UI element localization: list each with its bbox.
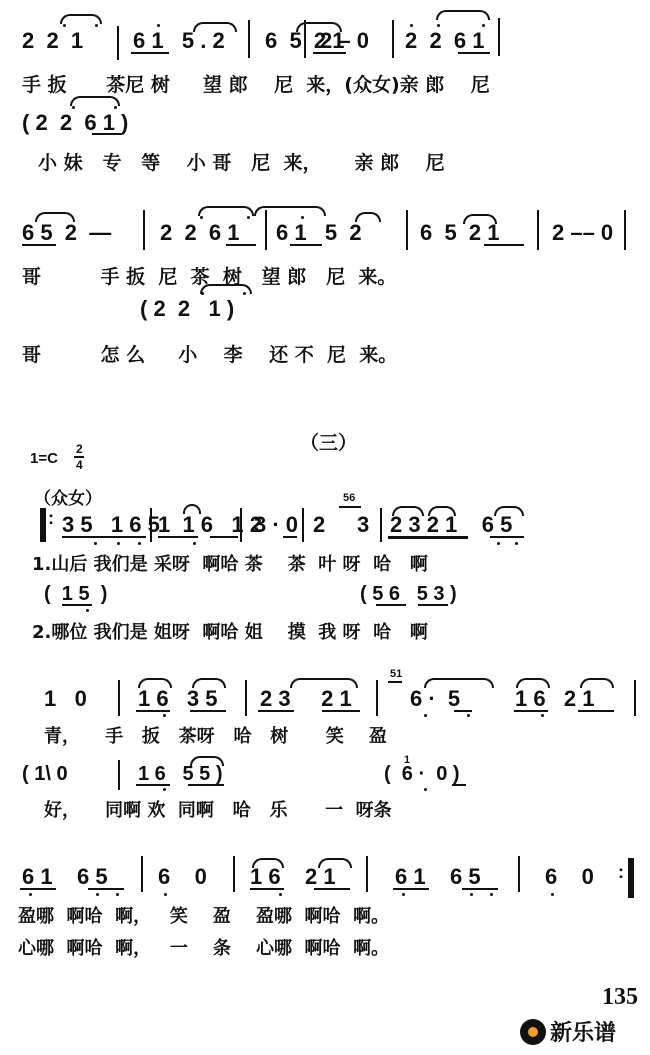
notes-m5: 1 6 2 1 (515, 686, 595, 712)
slur (200, 284, 252, 294)
repeat-dots: : (48, 508, 54, 529)
underline (462, 888, 498, 890)
notes-m4: 6 · 5 (410, 686, 460, 712)
slur (436, 10, 490, 20)
notes-m3: 6 1 5 2 (276, 220, 362, 246)
low-dot (29, 893, 32, 896)
underline (250, 888, 284, 890)
grace-underline (388, 681, 402, 683)
grace-underline (339, 506, 361, 508)
low-dot (138, 542, 141, 545)
high-dot (63, 24, 66, 27)
high-dot (301, 216, 304, 219)
underline (136, 710, 170, 712)
notes-m1: 3 5 1 6 5 (62, 512, 160, 538)
alt-notes-a: ( 1\ 0 (22, 763, 68, 786)
barline (624, 210, 626, 250)
underline (226, 244, 256, 246)
underline (393, 888, 429, 890)
time-sig-bottom: 4 (76, 458, 83, 472)
barline (376, 680, 378, 716)
barline (302, 508, 304, 542)
slur (60, 14, 102, 24)
repeat-dots: : (618, 862, 624, 883)
barline (498, 18, 500, 56)
slur (318, 858, 352, 868)
notes-m4: 2 – 0 (320, 28, 369, 54)
low-dot (551, 893, 554, 896)
slur (192, 678, 226, 688)
barline (118, 680, 120, 716)
slur (193, 22, 237, 32)
barline (634, 680, 636, 716)
low-dot (402, 893, 405, 896)
high-dot (157, 24, 160, 27)
vinyl-record-icon (520, 1019, 546, 1045)
slur (290, 678, 358, 688)
underline (22, 244, 56, 246)
barline (233, 856, 235, 892)
slur (463, 214, 497, 224)
lyrics-verse2: 心哪 啊哈 啊， 一 条 心哪 啊哈 啊。 (18, 934, 389, 960)
barline (141, 856, 143, 892)
underline (322, 710, 360, 712)
notes-m1: 6 5 2 — (22, 220, 111, 246)
underline (96, 536, 146, 538)
high-dot (72, 106, 75, 109)
section-title: （三） (300, 428, 357, 455)
underline (88, 888, 124, 890)
barline (537, 210, 539, 250)
underline (578, 710, 614, 712)
underline (283, 536, 297, 538)
slur (254, 206, 326, 216)
slur (392, 506, 424, 516)
lyrics-line: 哥 怎 么 小 李 还 不 尼 来。 (22, 340, 397, 367)
slur (494, 506, 524, 516)
alt-notes-b: 1 6 5 5 ) (138, 763, 223, 786)
notes-m2: 6 0 (158, 864, 207, 890)
high-dot (200, 216, 203, 219)
notes-m5: 2 2 6 1 (405, 28, 485, 54)
time-sig-top: 2 (76, 442, 83, 456)
notes-m1: 6 1 6 5 (22, 864, 108, 890)
high-dot (114, 106, 117, 109)
low-dot (94, 542, 97, 545)
barline (366, 856, 368, 892)
lyrics-line: 手 扳 茶尼 树 望 郎 尼 来，(众女)亲 郎 尼 (22, 70, 490, 97)
slur (355, 212, 381, 222)
barline (380, 508, 382, 542)
lyrics-verse2: 好， 同啊 欢 同啊 哈 乐 一 呀条 (44, 796, 392, 822)
notes-m4: 6 1 6 5 (395, 864, 481, 890)
slur (428, 506, 456, 516)
notes-m5: 2 –– 0 (552, 220, 613, 246)
barline (406, 210, 408, 250)
low-dot (163, 714, 166, 717)
low-dot (541, 714, 544, 717)
underline-double (388, 536, 468, 539)
underline (258, 710, 294, 712)
notes-m4: 2 (313, 512, 325, 538)
grace-note: 51 (390, 668, 402, 680)
high-dot (437, 24, 440, 27)
low-dot (424, 714, 427, 717)
slur (35, 212, 75, 222)
lyrics-verse1: 1.山后 我们是 采呀 啊哈 茶 茶 叶 呀 哈 啊 (32, 550, 428, 576)
barline (240, 508, 242, 542)
underline (136, 784, 170, 786)
low-dot (467, 714, 470, 717)
low-dot (96, 893, 99, 896)
slur (424, 678, 494, 688)
low-dot (515, 542, 518, 545)
notes-m3: 2 3 2 1 (260, 686, 352, 712)
notes-m1: 2 2 1 (22, 28, 83, 54)
barline-dashed (304, 20, 306, 58)
underline (62, 604, 92, 606)
underline (484, 244, 524, 246)
grace-note: 56 (343, 492, 355, 504)
notes-m2: 1 1 6 1 2 (158, 512, 262, 538)
barline (518, 856, 520, 892)
underline (376, 604, 406, 606)
key-signature: 1=C (30, 450, 58, 467)
lyrics-verse1: 盈哪 啊哈 啊， 笑 盈 盈哪 啊哈 啊。 (18, 902, 389, 928)
underline (454, 710, 472, 712)
slur (190, 756, 224, 766)
low-dot (164, 893, 167, 896)
slur (580, 678, 614, 688)
underline (20, 888, 56, 890)
underline (290, 244, 322, 246)
notes-m3: 3 · 0 (254, 512, 298, 538)
low-dot (163, 788, 166, 791)
barline (117, 26, 119, 60)
notes-m2: 1 6 3 5 (138, 686, 218, 712)
underline (514, 710, 548, 712)
lyrics-verse2: 2.哪位 我们是 姐呀 啊哈 姐 摸 我 呀 哈 啊 (32, 618, 428, 644)
barline (248, 20, 250, 58)
underline (158, 536, 198, 538)
slur (252, 858, 284, 868)
underline (190, 710, 226, 712)
underline (62, 536, 100, 538)
logo-text: 新乐谱 (550, 1016, 616, 1047)
low-dot (86, 609, 89, 612)
low-dot (497, 542, 500, 545)
lyrics-line: 小 妹 专 等 小 哥 尼 来， 亲 郎 尼 (38, 148, 445, 175)
barline (143, 210, 145, 250)
low-dot (117, 542, 120, 545)
slur (516, 678, 550, 688)
underline (188, 784, 224, 786)
singer-label: （众女） (34, 484, 102, 509)
underline (418, 604, 448, 606)
barline-dashed (392, 20, 394, 58)
slur (183, 504, 201, 514)
high-dot (482, 24, 485, 27)
high-dot (410, 24, 413, 27)
alt-notes-b: ( 5 6 5 3 ) (360, 583, 457, 606)
barline (245, 680, 247, 716)
notes-m1: 1 0 (44, 686, 87, 712)
repeat-start-bar (40, 508, 46, 542)
low-dot (424, 788, 427, 791)
repeat-end-bar (628, 858, 634, 898)
underline (92, 133, 122, 135)
underline (210, 536, 238, 538)
notes-m4b: 3 (357, 512, 369, 538)
notes-m2: 2 2 6 1 (160, 220, 240, 246)
barline (118, 760, 120, 790)
low-dot (490, 893, 493, 896)
high-dot (95, 24, 98, 27)
barline (150, 508, 152, 542)
low-dot (279, 893, 282, 896)
underline (131, 52, 169, 54)
lyrics-verse1: 青， 手 扳 茶呀 哈 树 笑 盈 (44, 722, 387, 748)
page-number: 135 (602, 984, 638, 1011)
underline (314, 888, 350, 890)
notes-m5: 6 0 (545, 864, 594, 890)
slur (70, 96, 120, 106)
alt-notes: ( 2 2 1 ) (140, 296, 234, 322)
underline (458, 52, 490, 54)
underline (490, 536, 524, 538)
barline (265, 210, 267, 250)
low-dot (193, 542, 196, 545)
slur (198, 206, 254, 216)
slur (138, 678, 172, 688)
alt-notes-c: ( 6 · 0 ) (384, 763, 460, 786)
site-logo: 新乐谱 (520, 1016, 616, 1047)
alt-notes-a: ( 1 5 ) (44, 583, 107, 606)
underline (452, 784, 466, 786)
low-dot (470, 893, 473, 896)
low-dot (116, 893, 119, 896)
high-dot (247, 216, 250, 219)
